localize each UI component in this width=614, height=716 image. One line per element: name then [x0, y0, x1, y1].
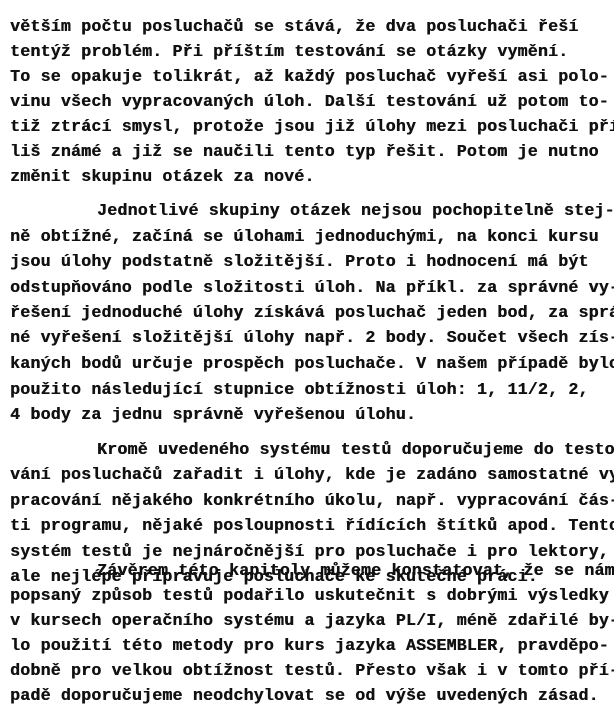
text-line: tiž ztrácí smysl, protože jsou již úlohy… — [10, 117, 614, 137]
text-line: popsaný způsob testů podařilo uskutečnit… — [10, 586, 609, 606]
text-line: dobně pro velkou obtížnost testů. Přesto… — [10, 661, 614, 681]
text-line: To se opakuje tolikrát, až každý posluch… — [10, 67, 609, 87]
text-line: ti programu, nějaké posloupnosti řídícíc… — [10, 516, 614, 536]
text-line: pracování nějakého konkrétního úkolu, na… — [10, 491, 614, 511]
text-line: Kromě uvedeného systému testů doporučuje… — [97, 440, 614, 460]
text-line: systém testů je nejnáročnější pro posluc… — [10, 542, 609, 562]
text-line: jsou úlohy podstatně složitější. Proto i… — [10, 252, 589, 272]
text-line: větším počtu posluchačů se stává, že dva… — [10, 17, 578, 37]
text-line: v kursech operačního systému a jazyka PL… — [10, 611, 614, 631]
text-line: kaných bodů určuje prospěch posluchače. … — [10, 354, 614, 374]
text-line: vání posluchačů zařadit i úlohy, kde je … — [10, 465, 614, 485]
text-line: změnit skupinu otázek za nové. — [10, 167, 315, 187]
text-line: Jednotlivé skupiny otázek nejsou pochopi… — [97, 201, 614, 221]
text-line: vinu všech vypracovaných úloh. Další tes… — [10, 92, 609, 112]
text-line: liš známé a již se naučili tento typ řeš… — [10, 142, 599, 162]
text-line: řešení jednoduché úlohy získává poslucha… — [10, 303, 614, 323]
text-line: tentýž problém. Při příštím testování se… — [10, 42, 568, 62]
text-line: né vyřešení složitější úlohy např. 2 bod… — [10, 328, 614, 348]
text-line: ně obtížné, začíná se úlohami jednoduchý… — [10, 227, 599, 247]
text-line: lo použití této metody pro kurs jazyka A… — [10, 636, 609, 656]
text-line: Závěrem této kapitoly můžeme konstatovat… — [97, 561, 614, 581]
text-line: 4 body za jednu správně vyřešenou úlohu. — [10, 405, 416, 425]
text-line: odstupňováno podle složitosti úloh. Na p… — [10, 278, 614, 298]
text-line: padě doporučujeme neodchylovat se od výš… — [10, 686, 599, 706]
text-line: použito následující stupnice obtížnosti … — [10, 380, 589, 400]
scanned-page: větším počtu posluchačů se stává, že dva… — [0, 0, 614, 716]
